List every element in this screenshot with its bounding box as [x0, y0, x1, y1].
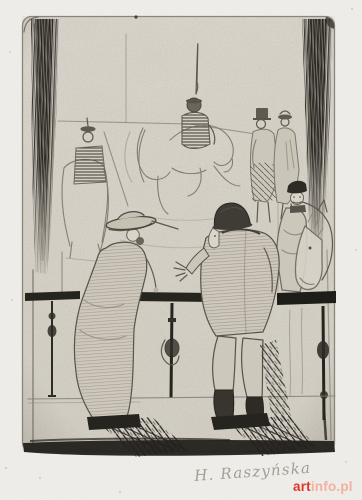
watermark-secondary: info.pl [311, 479, 353, 494]
watermark: artinfo.pl [293, 479, 353, 494]
watermark-primary: art [293, 479, 311, 494]
etching-scan: H. Raszyńska artinfo.pl [0, 0, 362, 500]
etching-image: H. Raszyńska artinfo.pl [0, 0, 362, 500]
